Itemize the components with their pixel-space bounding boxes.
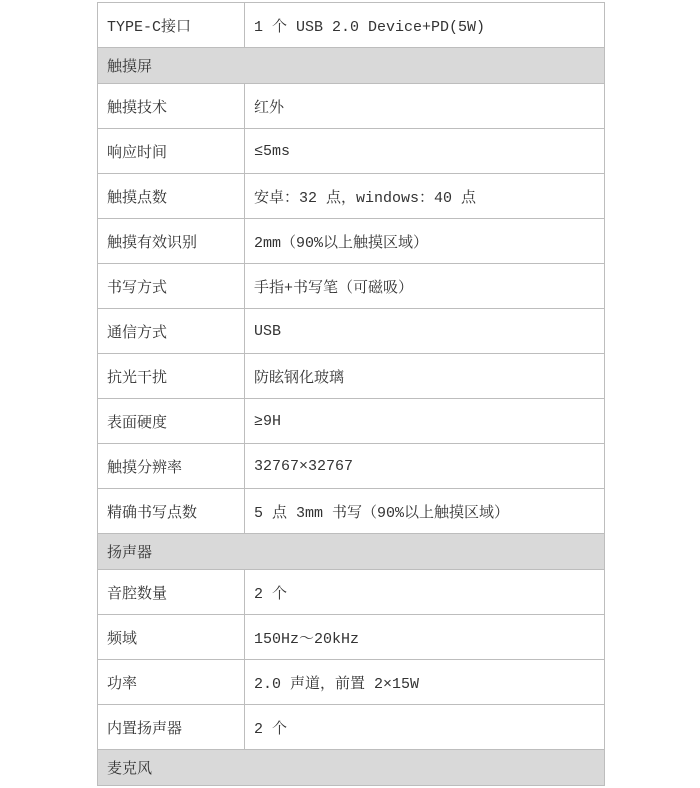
- spec-value: 1 个 USB 2.0 Device+PD(5W): [245, 3, 605, 48]
- table-row: 功率 2.0 声道，前置 2×15W: [98, 660, 605, 705]
- section-header: 触摸屏: [98, 48, 605, 84]
- section-header-row: 触摸屏: [98, 48, 605, 84]
- table-row: 抗光干扰 防眩钢化玻璃: [98, 354, 605, 399]
- spec-value: ≤5ms: [245, 129, 605, 174]
- spec-value: 150Hz～20kHz: [245, 615, 605, 660]
- table-row: 触摸分辨率 32767×32767: [98, 444, 605, 489]
- spec-label: 触摸有效识别: [98, 219, 245, 264]
- spec-label: 书写方式: [98, 264, 245, 309]
- spec-value: 2 个: [245, 570, 605, 615]
- spec-label: 触摸分辨率: [98, 444, 245, 489]
- spec-label: TYPE-C接口: [98, 3, 245, 48]
- spec-label: 触摸技术: [98, 84, 245, 129]
- table-row: 触摸技术 红外: [98, 84, 605, 129]
- table-row: 表面硬度 ≥9H: [98, 399, 605, 444]
- table-row: 精确书写点数 5 点 3mm 书写（90%以上触摸区域）: [98, 489, 605, 534]
- spec-value: 2.0 声道，前置 2×15W: [245, 660, 605, 705]
- spec-label: 内置扬声器: [98, 705, 245, 750]
- table-row: 响应时间 ≤5ms: [98, 129, 605, 174]
- spec-value: 2mm（90%以上触摸区域）: [245, 219, 605, 264]
- table-row: 通信方式 USB: [98, 309, 605, 354]
- section-header: 麦克风: [98, 750, 605, 786]
- table-row: 触摸点数 安卓：32 点，windows：40 点: [98, 174, 605, 219]
- spec-value: USB: [245, 309, 605, 354]
- table-row: 音腔数量 2 个: [98, 570, 605, 615]
- table-row: 内置扬声器 2 个: [98, 705, 605, 750]
- spec-label: 功率: [98, 660, 245, 705]
- spec-value: 安卓：32 点，windows：40 点: [245, 174, 605, 219]
- spec-value: 5 点 3mm 书写（90%以上触摸区域）: [245, 489, 605, 534]
- spec-table: TYPE-C接口 1 个 USB 2.0 Device+PD(5W) 触摸屏 触…: [97, 2, 605, 786]
- section-header: 扬声器: [98, 534, 605, 570]
- spec-label: 响应时间: [98, 129, 245, 174]
- spec-label: 触摸点数: [98, 174, 245, 219]
- section-header-row: 扬声器: [98, 534, 605, 570]
- table-row: TYPE-C接口 1 个 USB 2.0 Device+PD(5W): [98, 3, 605, 48]
- spec-value: ≥9H: [245, 399, 605, 444]
- table-row: 触摸有效识别 2mm（90%以上触摸区域）: [98, 219, 605, 264]
- spec-label: 表面硬度: [98, 399, 245, 444]
- spec-label: 音腔数量: [98, 570, 245, 615]
- spec-label: 通信方式: [98, 309, 245, 354]
- spec-value: 防眩钢化玻璃: [245, 354, 605, 399]
- spec-label: 精确书写点数: [98, 489, 245, 534]
- spec-value: 手指+书写笔（可磁吸）: [245, 264, 605, 309]
- spec-document-page: TYPE-C接口 1 个 USB 2.0 Device+PD(5W) 触摸屏 触…: [0, 2, 700, 788]
- spec-value: 2 个: [245, 705, 605, 750]
- table-row: 书写方式 手指+书写笔（可磁吸）: [98, 264, 605, 309]
- section-header-row: 麦克风: [98, 750, 605, 786]
- spec-label: 频域: [98, 615, 245, 660]
- spec-label: 抗光干扰: [98, 354, 245, 399]
- spec-value: 红外: [245, 84, 605, 129]
- spec-value: 32767×32767: [245, 444, 605, 489]
- table-row: 频域 150Hz～20kHz: [98, 615, 605, 660]
